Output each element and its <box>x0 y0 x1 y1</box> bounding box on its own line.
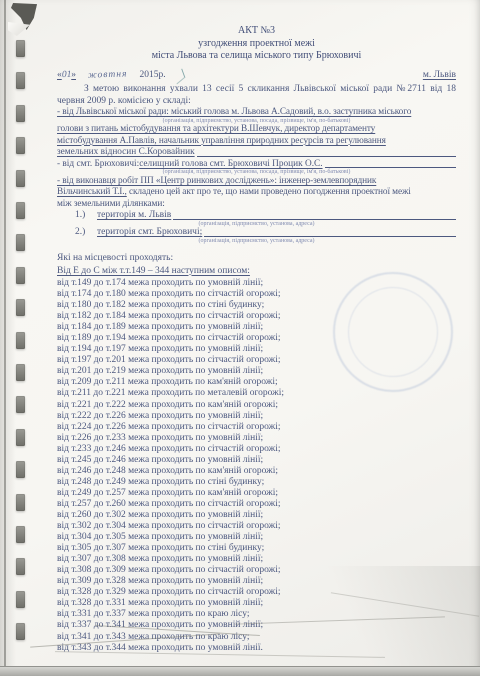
boundary-line: від т.197 до т.201 межа проходить по сіт… <box>57 355 456 366</box>
binder-hole-mark <box>16 591 25 608</box>
executor-line1: - від виконавця робіт ПП «Центр ринкових… <box>57 176 456 188</box>
boundary-line: від т.221 до т.222 межа проходить по кам… <box>57 400 456 411</box>
printed-year: 2015р. <box>139 70 165 82</box>
commission-city-line1: - від Львівської міської ради: міський г… <box>57 107 456 119</box>
commission-city-rest: голови з питань містобудування та архіте… <box>57 124 456 147</box>
underline-fill <box>197 156 456 157</box>
binder-hole-mark <box>16 299 25 316</box>
place-label: м. Львів <box>423 70 456 82</box>
document-subtitle-1: узгодження проектної межі <box>57 38 456 51</box>
binder-hole-mark <box>16 40 25 57</box>
boundary-line: від т.209 до т.211 межа проходить по кам… <box>57 377 456 388</box>
parcel-row: 2.) територія смт. Брюховичі; <box>75 227 456 239</box>
boundary-line: від т.194 до т.197 межа проходить по умо… <box>57 344 456 355</box>
binder-hole-mark <box>16 170 25 187</box>
date-place-row: «01»жовтня 2015р. м. Львів <box>57 70 456 82</box>
handwritten-month: жовтня <box>76 68 140 82</box>
boundary-line: від т.180 до т.182 межа проходить по сті… <box>57 300 456 311</box>
binder-hole-mark <box>16 72 25 89</box>
boundary-line: від т.302 до т.304 межа проходить по сіт… <box>57 521 456 532</box>
commission-lastline-text: земельних відносин С.Коровайник <box>57 147 195 159</box>
commission-line: містобудування А.Павлів, начальник управ… <box>57 136 456 148</box>
handwritten-day: 01 <box>62 69 72 81</box>
binder-hole-mark <box>16 364 25 381</box>
bottom-right-fold-shadow <box>270 566 480 666</box>
parcel-list: 1.) територія м. Львів (організація, під… <box>57 210 456 244</box>
scan-bottom-band <box>0 666 480 676</box>
binder-hole-mark <box>16 267 25 284</box>
underline-fill <box>325 167 456 168</box>
boundary-line: від т.245 до т.246 межа проходить по умо… <box>57 455 456 466</box>
ink-check-mark <box>173 68 185 84</box>
boundary-line: від т.248 до т.249 межа проходить по сті… <box>57 477 456 488</box>
boundary-line: від т.249 до т.257 межа проходить по кам… <box>57 488 456 499</box>
underline-fill <box>204 236 456 237</box>
executor-name: Вільчинський Т.І., <box>57 187 127 197</box>
binder-hole-mark <box>16 202 25 219</box>
boundary-line: від т.182 до т.184 межа проходить по сіт… <box>57 311 456 322</box>
boundary-line: від т.304 до т.305 межа проходить по умо… <box>57 532 456 543</box>
boundary-line: від т.307 до т.308 межа проходить по умо… <box>57 554 456 565</box>
boundary-line: від т.174 до т.180 межа проходить по сіт… <box>57 289 456 300</box>
boundary-line: від т.226 до т.233 межа проходить по умо… <box>57 433 456 444</box>
parcel-label: територія м. Львів <box>97 210 171 222</box>
intro-paragraph: З метою виконання ухвали 13 сесії 5 скли… <box>57 84 456 107</box>
binder-hole-mark <box>16 137 25 154</box>
binder-hole-mark <box>16 396 25 413</box>
commission-town-prefix: - від смт. Брюховичі: <box>57 159 139 171</box>
binder-hole-mark <box>16 623 25 640</box>
binder-hole-mark <box>16 461 25 478</box>
executor-line3: між земельними ділянками: <box>57 199 456 211</box>
boundary-line: від т.257 до т.260 межа проходить по сіт… <box>57 499 456 510</box>
boundary-line: від т.246 до т.248 межа проходить по кам… <box>57 466 456 477</box>
commission-city-lastline: земельних відносин С.Коровайник <box>57 147 456 159</box>
boundary-line: від т.189 до т.194 межа проходить по сіт… <box>57 333 456 344</box>
boundary-line: від т.211 до т.221 межа проходить по мет… <box>57 388 456 399</box>
commission-line: голови з питань містобудування та архіте… <box>57 124 456 136</box>
document-subtitle-2: міста Львова та селища міського типу Брю… <box>57 50 456 63</box>
executor-line2-rest: складено цей акт про те, що нами проведе… <box>127 187 411 197</box>
boundary-line: від т.184 до т.189 межа проходить по умо… <box>57 322 456 333</box>
boundary-line: від т.149 до т.174 межа проходить по умо… <box>57 278 456 289</box>
binder-hole-mark <box>16 429 25 446</box>
executor-line2: Вільчинський Т.І., складено цей акт про … <box>57 187 456 199</box>
binder-hole-mark <box>16 494 25 511</box>
boundary-line: від т.260 до т.302 межа проходить по умо… <box>57 510 456 521</box>
description-header: Від Е до С між т.т.149 – 344 наступним о… <box>57 266 456 278</box>
underline-fill <box>173 219 456 220</box>
boundary-line: від т.201 до т.219 межа проходить по умо… <box>57 366 456 377</box>
boundary-line: від т.222 до т.226 межа проходить по умо… <box>57 411 456 422</box>
document-title: АКТ №3 <box>57 25 456 38</box>
form-caption: (організація, підприємство, установа, ад… <box>57 239 456 245</box>
date-group: «01»жовтня <box>57 70 139 82</box>
parcel-label: територія смт. Брюховичі; <box>97 227 202 239</box>
binder-hole-mark <box>16 558 25 575</box>
page-edge-line <box>4 0 6 676</box>
binder-marks-column <box>16 0 28 676</box>
description-header-text: Від Е до С між т.т.149 – 344 наступним о… <box>57 266 250 276</box>
parcel-row: 1.) територія м. Львів <box>75 210 456 222</box>
parcel-number: 1.) <box>75 210 97 222</box>
boundary-line: від т.224 до т.226 межа проходить по сіт… <box>57 422 456 433</box>
binder-hole-mark <box>16 234 25 251</box>
scan-edge-shadow <box>0 0 16 676</box>
boundary-line: від т.305 до т.307 межа проходить по сті… <box>57 543 456 554</box>
boundary-line: від т.233 до т.246 межа проходить по сіт… <box>57 444 456 455</box>
binder-hole-mark <box>16 332 25 349</box>
binder-hole-mark <box>16 105 25 122</box>
scanned-act-document: АКТ №3 узгодження проектної межі міста Л… <box>0 0 480 676</box>
document-content: АКТ №3 узгодження проектної межі міста Л… <box>57 25 456 654</box>
binder-hole-mark <box>16 526 25 543</box>
locality-line: Які на місцевості проходять: <box>57 253 456 265</box>
parcel-number: 2.) <box>75 227 97 239</box>
